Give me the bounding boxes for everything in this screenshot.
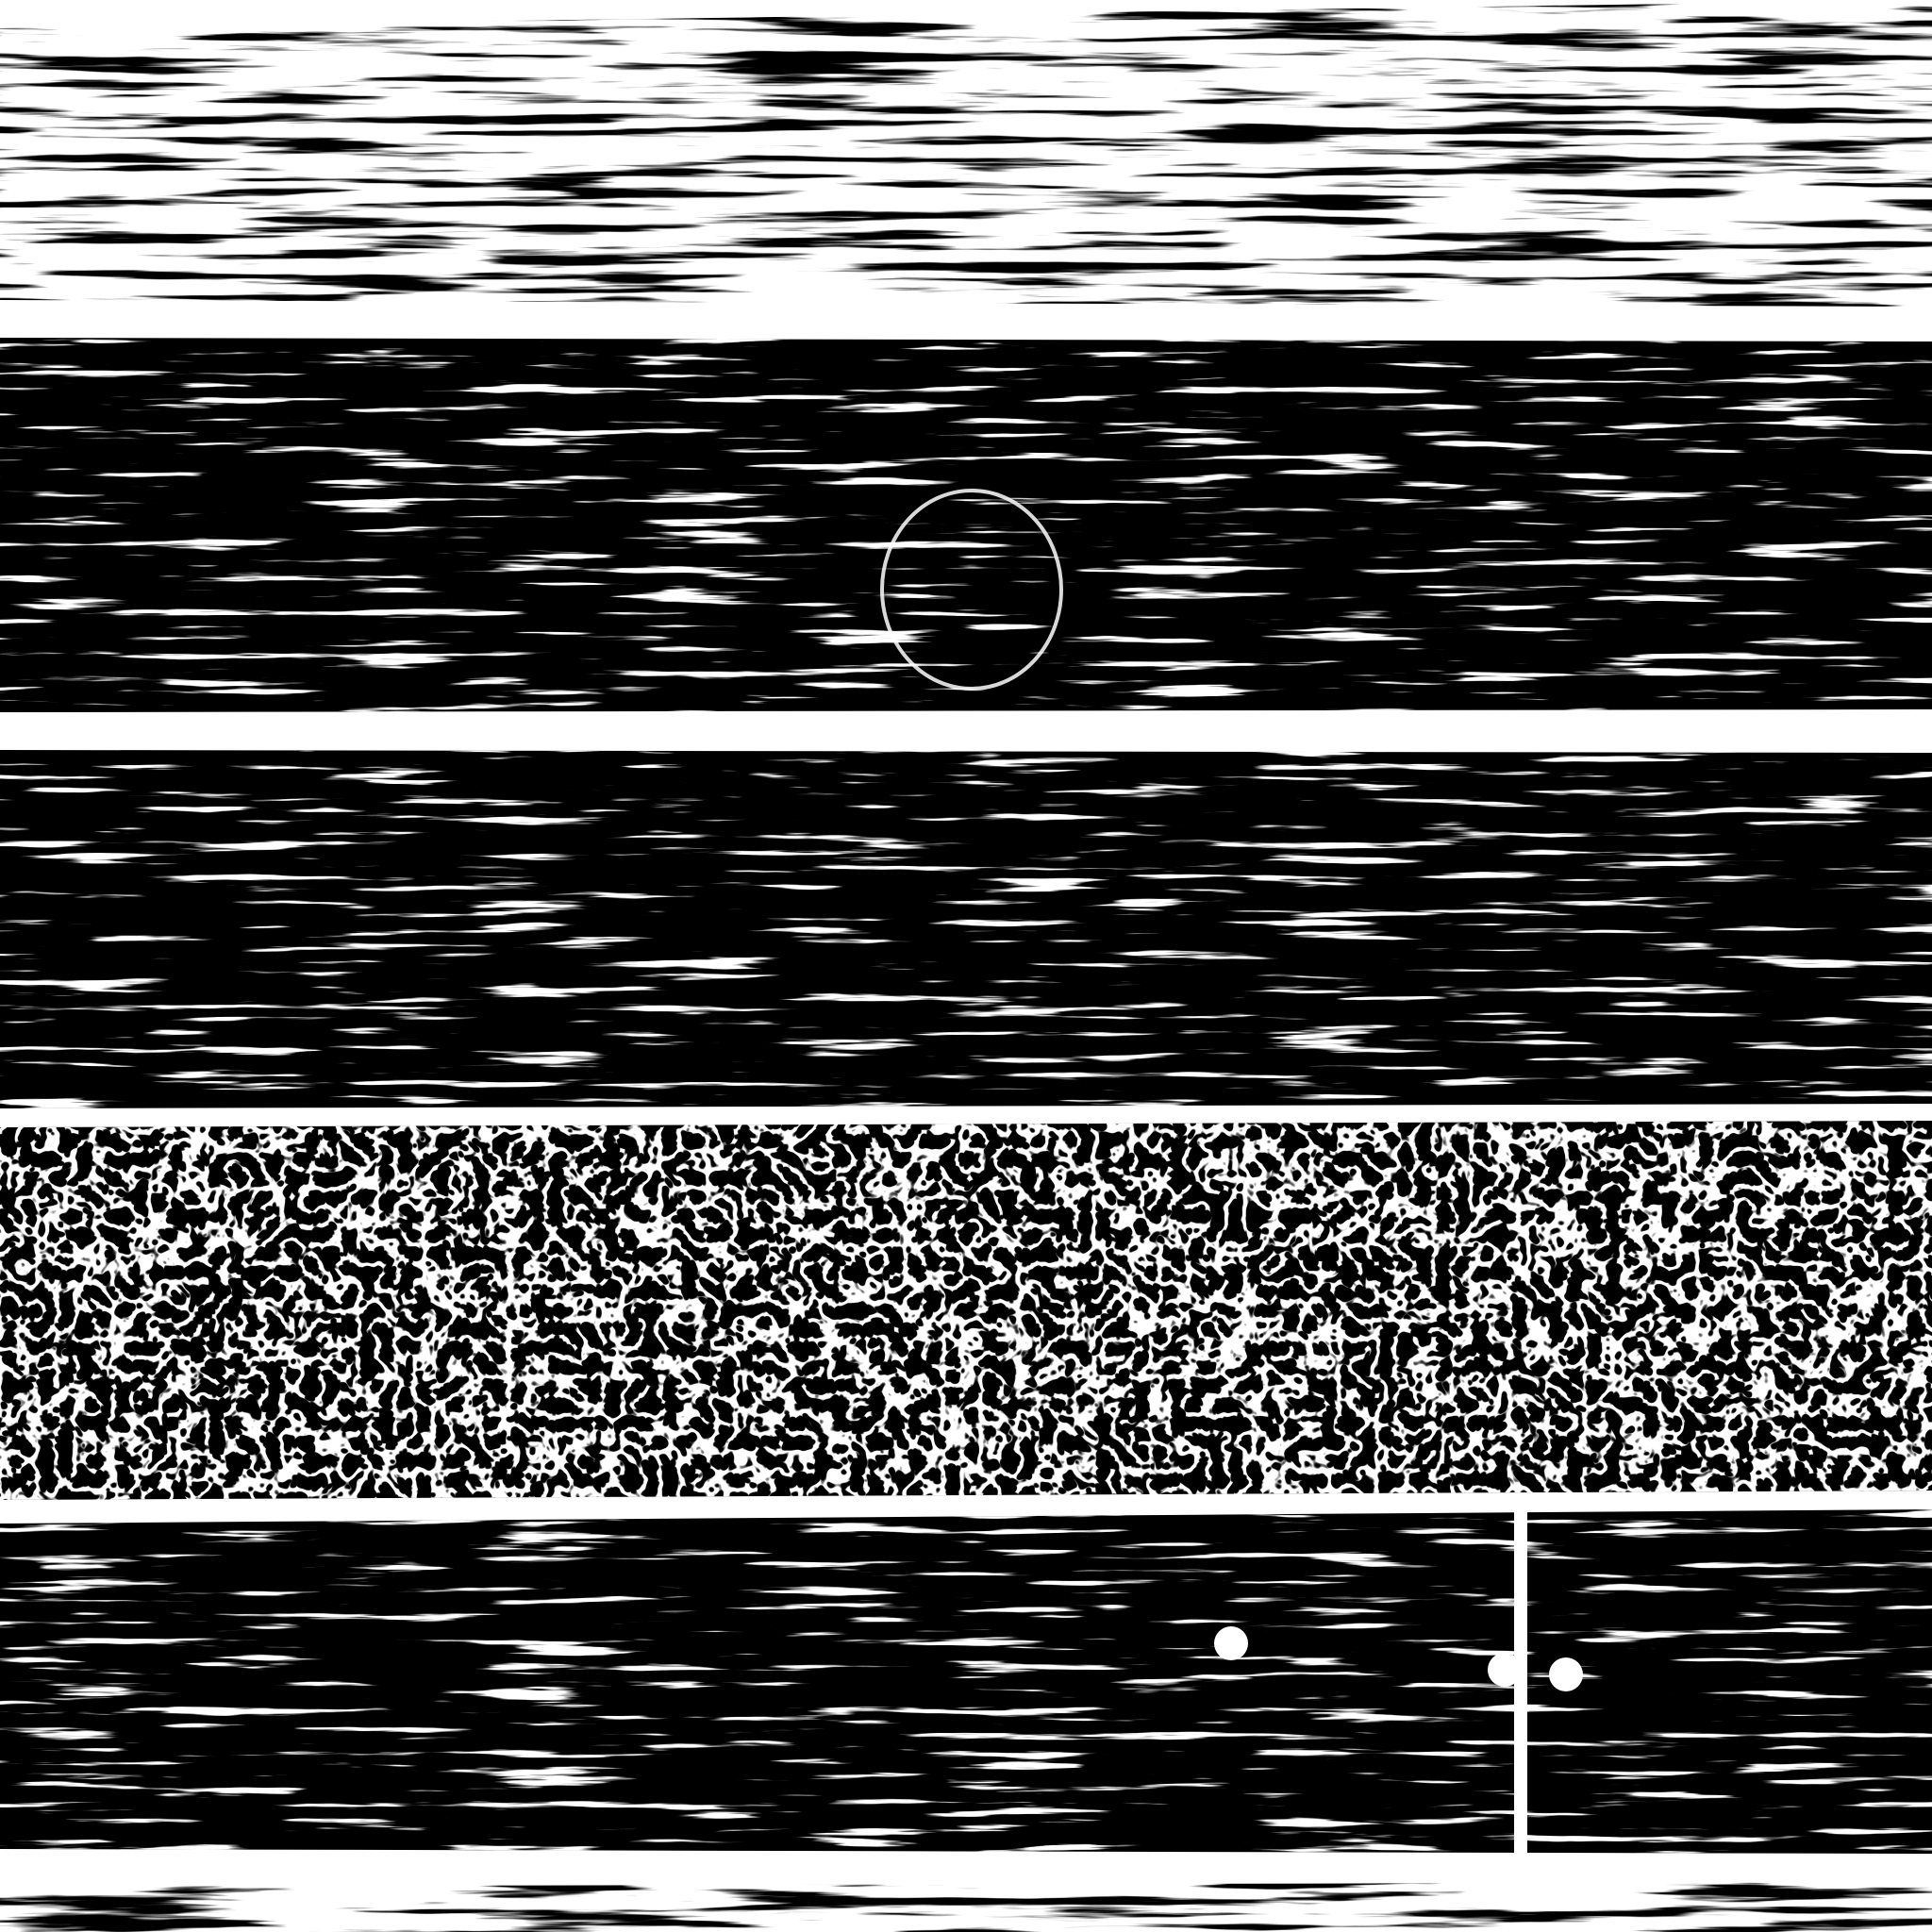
plank-5 <box>0 1500 1932 1863</box>
plank-1 <box>0 0 1932 307</box>
plank-2 <box>0 338 1932 712</box>
plank-4 <box>0 1121 1932 1500</box>
plank-3 <box>0 750 1932 1108</box>
plank-6 <box>0 1882 1932 1932</box>
nail-hole <box>1488 1653 1522 1687</box>
nail-hole <box>1549 1657 1583 1691</box>
wood-plank-texture <box>0 0 1932 1932</box>
plank-group <box>0 0 1932 1932</box>
nail-hole <box>1214 1626 1248 1660</box>
